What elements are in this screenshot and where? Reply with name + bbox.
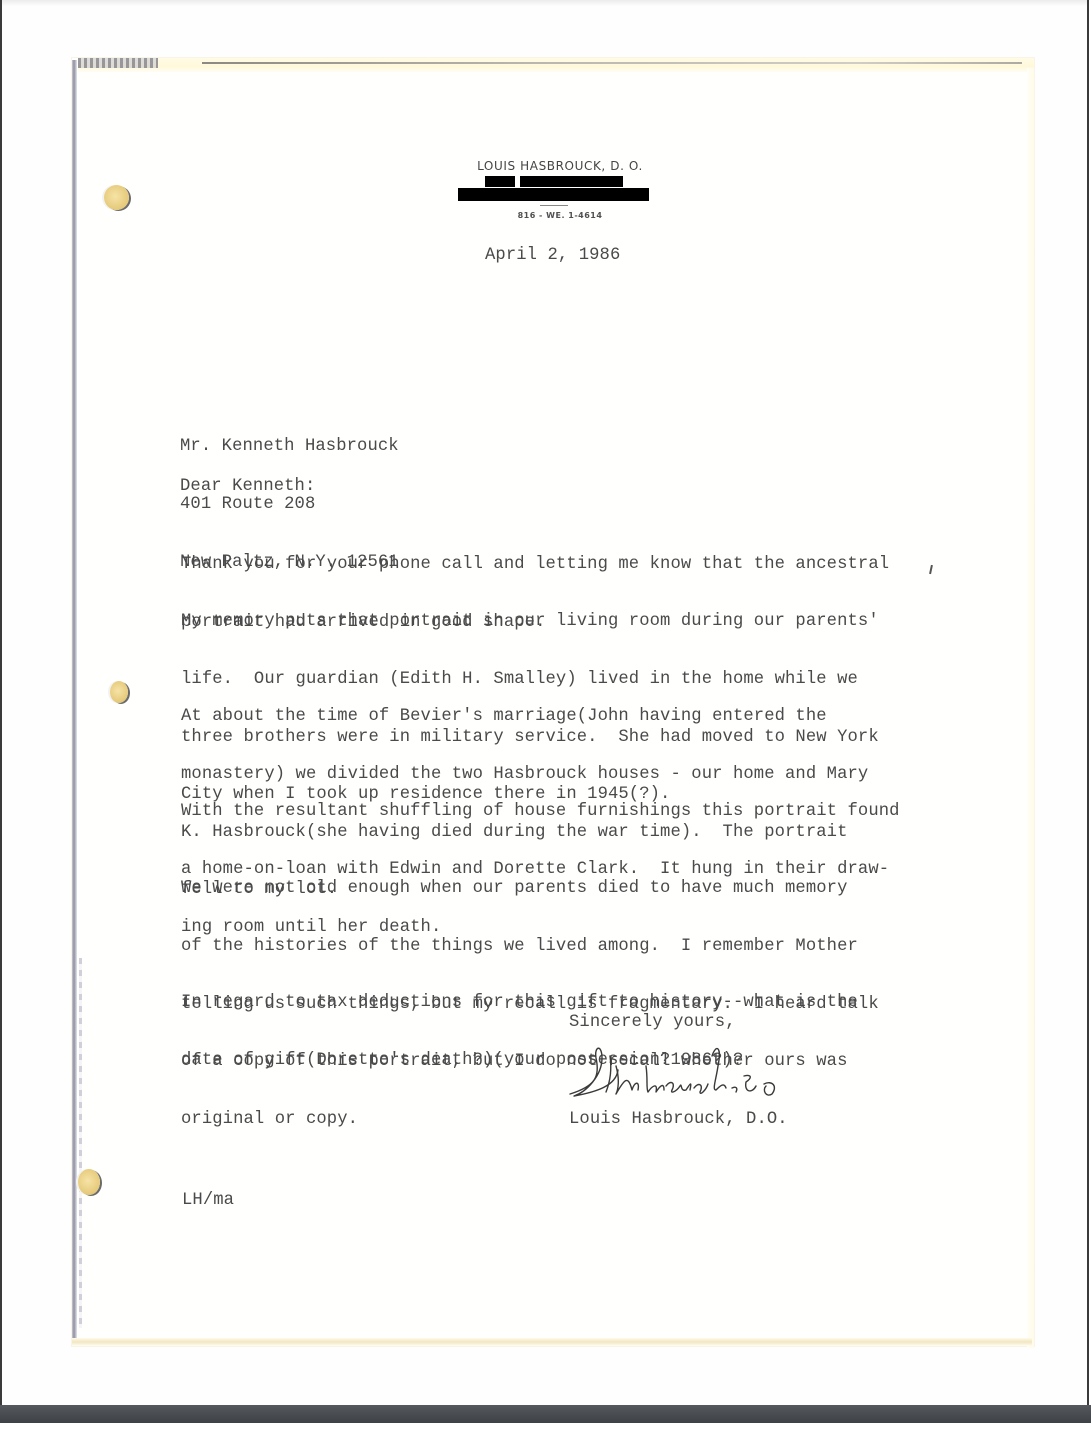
viewer-footer-space xyxy=(0,1423,1091,1438)
page-top-edge xyxy=(78,58,1034,72)
handwritten-signature xyxy=(566,1036,796,1108)
address-line: Mr. Kenneth Hasbrouck xyxy=(180,437,399,456)
letter-date: April 2, 1986 xyxy=(485,246,620,265)
page-bottom-edge xyxy=(72,1338,1032,1346)
document-viewer: LOUIS HASBROUCK, D. O. 816 - WE. 1-4614 … xyxy=(0,0,1089,1405)
punch-hole-icon xyxy=(78,1169,100,1195)
text-line: We were not old enough when our parents … xyxy=(181,879,879,898)
text-line: At about the time of Bevier's marriage(J… xyxy=(181,707,868,726)
viewer-bottom-bar xyxy=(0,1405,1091,1423)
text-line: of the histories of the things we lived … xyxy=(181,937,879,956)
punch-hole-icon xyxy=(110,681,128,703)
letterhead-address-redaction xyxy=(520,176,623,187)
salutation: Dear Kenneth: xyxy=(180,477,315,496)
page-left-binding-marks xyxy=(79,958,82,1328)
text-line: My memory puts that portrait in our livi… xyxy=(181,612,879,631)
page-right-edge xyxy=(1027,68,1034,1348)
text-line: With the resultant shuffling of house fu… xyxy=(181,802,900,821)
letterhead-phone: 816 - WE. 1-4614 xyxy=(460,211,660,220)
page-top-line xyxy=(202,62,1022,64)
punch-hole-icon xyxy=(104,185,129,210)
viewer-top-shade xyxy=(2,0,1087,6)
reference-initials: LH/ma xyxy=(182,1191,234,1210)
letterhead-address-redaction xyxy=(485,176,515,187)
letterhead-rule xyxy=(540,205,568,206)
letterhead-name: LOUIS HASBROUCK, D. O. xyxy=(460,159,660,173)
page-corner-marks xyxy=(78,58,158,68)
text-line: Thank you for your phone call and lettin… xyxy=(181,555,889,574)
closing: Sincerely yours, xyxy=(569,1013,736,1032)
page-left-edge xyxy=(72,60,77,1340)
handwritten-apostrophe-mark xyxy=(929,565,933,574)
signer-name: Louis Hasbrouck, D.O. xyxy=(569,1110,788,1129)
letterhead-address-redaction xyxy=(458,188,649,201)
text-line: In regard to tax deductions for this gif… xyxy=(181,993,858,1012)
address-line: 401 Route 208 xyxy=(180,495,399,514)
scanned-letter-page: LOUIS HASBROUCK, D. O. 816 - WE. 1-4614 … xyxy=(72,58,1034,1346)
